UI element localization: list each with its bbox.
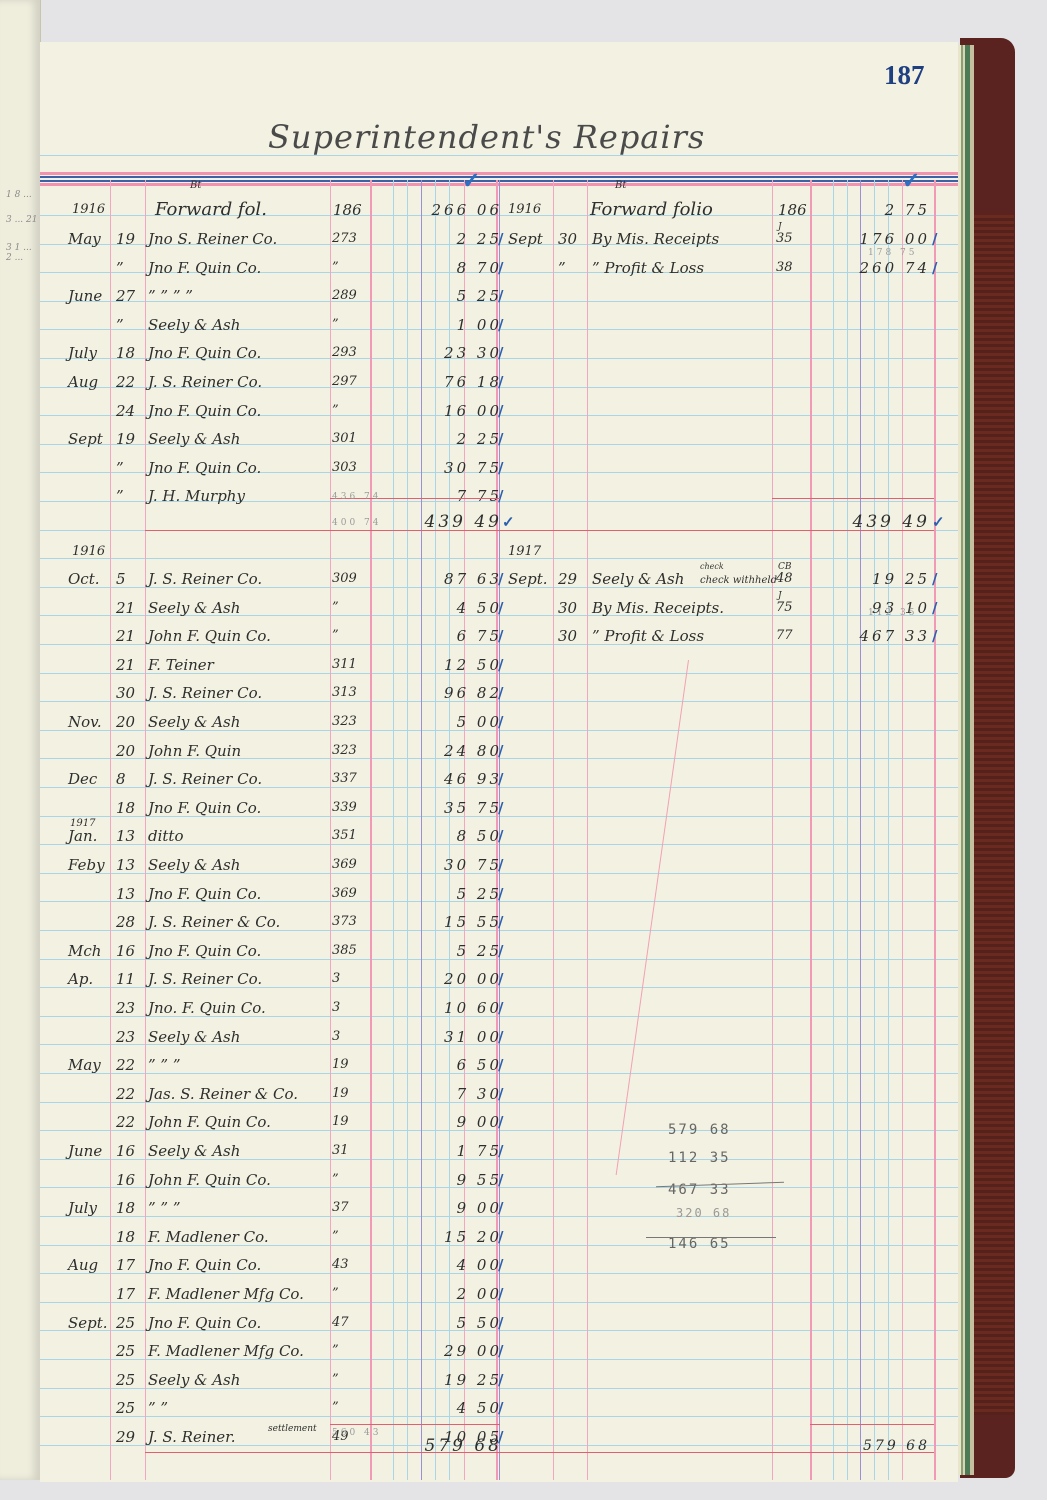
day: 18 <box>116 339 135 367</box>
payee: ” ” ” <box>148 1051 181 1079</box>
posted-tick-icon: / <box>498 851 503 879</box>
folio: 385 <box>332 937 357 965</box>
payee: J. S. Reiner & Co. <box>148 908 280 936</box>
posted-tick-icon: / <box>498 1309 503 1337</box>
posted-tick-icon: / <box>498 708 503 736</box>
folio: ” <box>332 1280 339 1308</box>
payee: Jno F. Quin Co. <box>148 794 261 822</box>
folio: 31 <box>332 1137 349 1165</box>
ledger-row: Mch16Jno F. Quin Co.3855 25/ <box>40 937 510 965</box>
ledger-row: Feby13Seely & Ash36930 75/ <box>40 851 510 879</box>
pencil-figure: 146 65 <box>668 1236 731 1252</box>
amount: 12 50 <box>410 651 502 679</box>
payee: ” ” ” ” <box>148 282 193 310</box>
ledger-row: Sept19Seely & Ash3012 25/ <box>40 425 510 453</box>
folio: ” <box>332 622 339 650</box>
payee: Seely & Ash <box>148 851 240 879</box>
day: 30 <box>558 594 577 622</box>
day: 11 <box>116 965 135 993</box>
posted-tick-icon: / <box>498 425 503 453</box>
payee: J. S. Reiner Co. <box>148 679 262 707</box>
payee: ditto <box>148 822 184 850</box>
amount: 30 75 <box>410 454 502 482</box>
payee: ” ” ” <box>148 1194 181 1222</box>
amount: 16 00 <box>410 397 502 425</box>
ledger-row: Oct.5J. S. Reiner Co.30987 63/ <box>40 565 510 593</box>
month: Sept. <box>68 1309 108 1337</box>
day: 13 <box>116 822 135 850</box>
posted-tick-icon: / <box>498 1108 503 1136</box>
payee: ” ” <box>148 1394 168 1422</box>
folio: 293 <box>332 339 357 367</box>
payee: Jno F. Quin Co. <box>148 1309 261 1337</box>
posted-tick-icon: / <box>932 225 937 253</box>
folio: 289 <box>332 282 357 310</box>
ledger-row: 22John F. Quin Co.199 00/ <box>40 1108 510 1136</box>
day: ” <box>558 254 566 282</box>
day: 5 <box>116 565 126 593</box>
ledger-row: 25Seely & Ash”19 25/ <box>40 1366 510 1394</box>
amount: 6 50 <box>410 1051 502 1079</box>
payee: F. Teiner <box>148 651 214 679</box>
ledger-row: Nov.20Seely & Ash3235 00/ <box>40 708 510 736</box>
payee: John F. Quin <box>148 737 241 765</box>
posted-tick-icon: / <box>498 737 503 765</box>
month: May <box>68 225 101 253</box>
title-rule <box>40 155 958 156</box>
total-amount: 439 49 <box>820 508 930 536</box>
month: Nov. <box>68 708 102 736</box>
posted-tick-icon: / <box>932 254 937 282</box>
pencil-figure: 579 68 <box>668 1122 731 1138</box>
total-amount: 439 49 <box>410 508 502 536</box>
pencil-figure: 112 35 <box>668 1150 731 1166</box>
amount: 6 75 <box>410 622 502 650</box>
posted-tick-icon: / <box>498 1137 503 1165</box>
ledger-row: Sept.25Jno F. Quin Co.475 50/ <box>40 1309 510 1337</box>
amount: 7 75 <box>410 482 502 510</box>
folio: 323 <box>332 737 357 765</box>
amount: 9 00 <box>410 1108 502 1136</box>
month: July <box>68 339 97 367</box>
month: June <box>68 1137 102 1165</box>
payee: F. Madlener Mfg Co. <box>148 1337 304 1365</box>
debit-total-row: 439 49 ✓ <box>40 508 500 536</box>
folio: 77 <box>776 622 793 650</box>
entry-note: check withheld <box>700 567 777 595</box>
day: 16 <box>116 937 135 965</box>
folio: 186 <box>333 196 362 224</box>
folio: 3 <box>332 965 340 993</box>
day: 18 <box>116 1194 135 1222</box>
folio: 311 <box>332 651 357 679</box>
posted-tick-icon: / <box>498 1251 503 1279</box>
posted-tick-icon: / <box>498 1023 503 1051</box>
posted-tick-icon: / <box>498 1223 503 1251</box>
month: Sept <box>508 225 543 253</box>
folio: 309 <box>332 565 357 593</box>
folio: ” <box>332 311 339 339</box>
section-end-rule <box>500 530 934 531</box>
folio: 3 <box>332 994 340 1022</box>
folio: 373 <box>332 908 357 936</box>
posted-tick-icon: / <box>498 994 503 1022</box>
description: Seely & Ash <box>592 565 684 593</box>
folio: 351 <box>332 822 357 850</box>
ledger-row: 30J. S. Reiner Co.31396 82/ <box>40 679 510 707</box>
month: Mch <box>68 937 101 965</box>
folio: 301 <box>332 425 357 453</box>
brought-forward-label: Bt <box>615 180 626 191</box>
payee: Jno. F. Quin Co. <box>148 994 266 1022</box>
ledger-row: Aug22J. S. Reiner Co.29776 18/ <box>40 368 510 396</box>
ledger-row: 30” Profit & Loss77467 33/ <box>500 622 945 650</box>
day: 22 <box>116 1108 135 1136</box>
posted-tick-icon: / <box>498 1194 503 1222</box>
day: 23 <box>116 994 135 1022</box>
ledger-row: May22” ” ”196 50/ <box>40 1051 510 1079</box>
ledger-row: June16Seely & Ash311 75/ <box>40 1137 510 1165</box>
posted-tick-icon: / <box>498 880 503 908</box>
month: Sept <box>68 425 103 453</box>
ledger-row: July18Jno F. Quin Co.29323 30/ <box>40 339 510 367</box>
day: 13 <box>116 851 135 879</box>
year: 1916 <box>508 196 541 224</box>
book-spine-texture <box>972 215 1014 1415</box>
day: 25 <box>116 1366 135 1394</box>
rule-credit-folio <box>810 180 812 1480</box>
amount: 467 33 <box>820 622 930 650</box>
payee: Jno S. Reiner Co. <box>148 225 277 253</box>
amount: 2 25 <box>410 225 502 253</box>
folio: 35 <box>776 225 793 253</box>
amount: 5 25 <box>410 880 502 908</box>
posted-tick-icon: / <box>498 794 503 822</box>
amount: 87 63 <box>410 565 502 593</box>
rule-credit-desc-folio <box>772 180 773 1480</box>
posted-tick-icon: / <box>932 594 937 622</box>
month: Sept. <box>508 565 548 593</box>
day: 24 <box>116 397 135 425</box>
month: Dec <box>68 765 97 793</box>
day: 16 <box>116 1137 135 1165</box>
pencil-note: 178 75 <box>868 248 918 258</box>
day: 21 <box>116 594 135 622</box>
amount: 15 55 <box>410 908 502 936</box>
day: 29 <box>558 565 577 593</box>
day: 28 <box>116 908 135 936</box>
payee: F. Madlener Co. <box>148 1223 269 1251</box>
ledger-row: 17F. Madlener Mfg Co.”2 00/ <box>40 1280 510 1308</box>
ledger-row: ”” Profit & Loss38260 74/ <box>500 254 945 282</box>
folio: 313 <box>332 679 357 707</box>
amount: 31 00 <box>410 1023 502 1051</box>
month: Feby <box>68 851 105 879</box>
amount: 19 25 <box>410 1366 502 1394</box>
folio: 75 <box>776 594 793 622</box>
ledger-row: 28J. S. Reiner & Co.37315 55/ <box>40 908 510 936</box>
payee: Jno F. Quin Co. <box>148 454 261 482</box>
amount: 19 25 <box>820 565 930 593</box>
day: 17 <box>116 1251 135 1279</box>
folio: 337 <box>332 765 357 793</box>
amount: 8 50 <box>410 822 502 850</box>
amount: 8 70 <box>410 254 502 282</box>
ledger-row: 21John F. Quin Co.”6 75/ <box>40 622 510 650</box>
payee: Jno F. Quin Co. <box>148 339 261 367</box>
posted-tick-icon: / <box>498 1366 503 1394</box>
folio: 369 <box>332 851 357 879</box>
ledger-row: 21Seely & Ash”4 50/ <box>40 594 510 622</box>
ledger-row: Dec8J. S. Reiner Co.33746 93/ <box>40 765 510 793</box>
ledger-row: 21F. Teiner31112 50/ <box>40 651 510 679</box>
rule-credit-amount-dollars <box>860 180 861 1480</box>
ledger-row: 18Jno F. Quin Co.33935 75/ <box>40 794 510 822</box>
amount: 2 00 <box>410 1280 502 1308</box>
amount: 7 30 <box>410 1080 502 1108</box>
posted-tick-icon: / <box>498 1166 503 1194</box>
day: 22 <box>116 1051 135 1079</box>
day: 20 <box>116 737 135 765</box>
pencil-note: 112 35 <box>868 608 918 618</box>
day: 23 <box>116 1023 135 1051</box>
posted-tick-icon: / <box>498 282 503 310</box>
page-title: Superintendent's Repairs <box>268 118 705 156</box>
pencil-calc-rule <box>646 1237 776 1238</box>
payee: J. S. Reiner Co. <box>148 965 262 993</box>
day: 13 <box>116 880 135 908</box>
payee: Seely & Ash <box>148 1366 240 1394</box>
ledger-row: ”Seely & Ash”1 00/ <box>40 311 510 339</box>
left-page-edge: 1 8 ... 3 ... 21 3 1 ... 2 ... <box>0 0 41 1480</box>
day: ” <box>116 454 124 482</box>
day: 18 <box>116 1223 135 1251</box>
posted-tick-icon: / <box>498 1051 503 1079</box>
amount: 5 50 <box>410 1309 502 1337</box>
amount: 9 00 <box>410 1194 502 1222</box>
ledger-row: Sept.29Seely & Ashcheck withheldCB4819 2… <box>500 565 945 593</box>
folio: 19 <box>332 1051 349 1079</box>
ledger-row: 13Jno F. Quin Co.3695 25/ <box>40 880 510 908</box>
left-page-note: 3 ... 21 <box>6 215 37 225</box>
payee: Seely & Ash <box>148 708 240 736</box>
folio: ” <box>332 594 339 622</box>
posted-tick-icon: / <box>498 339 503 367</box>
amount: 4 50 <box>410 594 502 622</box>
brought-forward-label: Bt <box>190 180 201 191</box>
day: 25 <box>116 1309 135 1337</box>
posted-tick-icon: / <box>498 765 503 793</box>
total-rule <box>772 498 934 499</box>
posted-tick-icon: / <box>498 1280 503 1308</box>
ledger-row: ”Jno F. Quin Co.”8 70/ <box>40 254 510 282</box>
posted-tick-icon: / <box>498 679 503 707</box>
amount: 1 75 <box>410 1137 502 1165</box>
payee: Seely & Ash <box>148 1023 240 1051</box>
payee: Jno F. Quin Co. <box>148 880 261 908</box>
day: 22 <box>116 368 135 396</box>
rule-credit-amount-sub <box>888 180 889 1480</box>
left-page-note: 3 1 ... 2 ... <box>6 243 40 263</box>
payee: J. S. Reiner Co. <box>148 765 262 793</box>
description: Forward folio <box>590 196 713 224</box>
amount: 2 75 <box>820 196 930 224</box>
year: 1917 <box>508 538 541 566</box>
folio: 297 <box>332 368 357 396</box>
description: ” Profit & Loss <box>592 622 704 650</box>
posted-tick-icon: / <box>498 651 503 679</box>
check-mark-icon: ✓ <box>902 168 920 194</box>
amount: 1 00 <box>410 311 502 339</box>
total-amount: 579 68 <box>820 1432 930 1460</box>
month: Oct. <box>68 565 100 593</box>
ledger-row: 23Seely & Ash331 00/ <box>40 1023 510 1051</box>
payee: Seely & Ash <box>148 311 240 339</box>
debit-year-row: 1916 <box>40 538 160 566</box>
posted-tick-icon: / <box>498 937 503 965</box>
year: 1916 <box>72 196 105 224</box>
amount: 20 00 <box>410 965 502 993</box>
ledger-row: 23Jno. F. Quin Co.310 60/ <box>40 994 510 1022</box>
description: By Mis. Receipts <box>592 225 719 253</box>
posted-tick-icon: / <box>498 908 503 936</box>
amount: 23 30 <box>410 339 502 367</box>
day: 18 <box>116 794 135 822</box>
month: July <box>68 1194 97 1222</box>
pencil-note: 400 74 <box>332 518 382 528</box>
amount: 10 60 <box>410 994 502 1022</box>
rule-right-margin <box>934 180 936 1480</box>
ledger-row: 16John F. Quin Co.”9 55/ <box>40 1166 510 1194</box>
amount: 29 00 <box>410 1337 502 1365</box>
description: ” Profit & Loss <box>592 254 704 282</box>
amount: 5 00 <box>410 708 502 736</box>
section-end-rule <box>145 530 500 531</box>
ledger-row: Aug17Jno F. Quin Co.434 00/ <box>40 1251 510 1279</box>
pencil-note: 436 74 <box>332 492 382 502</box>
rule-credit-amount-sub <box>833 180 834 1480</box>
folio: 43 <box>332 1251 349 1279</box>
day: 30 <box>558 622 577 650</box>
rule-credit-amount-cents <box>902 180 903 1480</box>
page-edges <box>958 45 974 1475</box>
ledger-row: May19Jno S. Reiner Co.2732 25/ <box>40 225 510 253</box>
credit-total-row: 439 49 ✓ <box>500 508 940 536</box>
day: ” <box>116 254 124 282</box>
ledger-row: 18F. Madlener Co.”15 20/ <box>40 1223 510 1251</box>
folio: 323 <box>332 708 357 736</box>
folio: 19 <box>332 1080 349 1108</box>
posted-tick-icon: / <box>498 822 503 850</box>
amount: 4 00 <box>410 1251 502 1279</box>
month: May <box>68 1051 101 1079</box>
posted-tick-icon: / <box>498 1337 503 1365</box>
amount: 46 93 <box>410 765 502 793</box>
ledger-row: ”Jno F. Quin Co.30330 75/ <box>40 454 510 482</box>
posted-tick-icon: / <box>498 311 503 339</box>
payee: Jno F. Quin Co. <box>148 397 261 425</box>
description: By Mis. Receipts. <box>592 594 724 622</box>
ledger-row: 20John F. Quin32324 80/ <box>40 737 510 765</box>
ledger-row: Jan.13ditto19173518 50/ <box>40 822 510 850</box>
day: 30 <box>116 679 135 707</box>
day: 8 <box>116 765 126 793</box>
ledger-row: ”J. H. Murphy7 75/ <box>40 482 510 510</box>
payee: J. H. Murphy <box>148 482 245 510</box>
debit-forward-row: 1916 Forward fol. 186 266 06 <box>40 196 500 224</box>
day: 21 <box>116 651 135 679</box>
posted-tick-icon: / <box>498 397 503 425</box>
check-mark-icon: ✓ <box>932 508 945 536</box>
payee: Jas. S. Reiner & Co. <box>148 1080 298 1108</box>
ledger-row: 25F. Madlener Mfg Co.”29 00/ <box>40 1337 510 1365</box>
posted-tick-icon: / <box>932 622 937 650</box>
amount: 9 55 <box>410 1166 502 1194</box>
posted-tick-icon: / <box>498 454 503 482</box>
year: 1916 <box>72 538 105 566</box>
rule-credit-day-desc <box>587 180 588 1480</box>
ledger-row: June27” ” ” ”2895 25/ <box>40 282 510 310</box>
amount: 5 25 <box>410 937 502 965</box>
posted-tick-icon: / <box>498 482 503 510</box>
posted-tick-icon: / <box>932 565 937 593</box>
folio: 38 <box>776 254 793 282</box>
payee: John F. Quin Co. <box>148 1166 271 1194</box>
ledger-row: 22Jas. S. Reiner & Co.197 30/ <box>40 1080 510 1108</box>
amount: 15 20 <box>410 1223 502 1251</box>
amount: 2 25 <box>410 425 502 453</box>
day: 20 <box>116 708 135 736</box>
payee: F. Madlener Mfg Co. <box>148 1280 304 1308</box>
payee: Jno F. Quin Co. <box>148 937 261 965</box>
amount: 266 06 <box>410 196 502 224</box>
rule-credit-amount-sub <box>874 180 875 1480</box>
folio: 37 <box>332 1194 349 1222</box>
folio: 273 <box>332 225 357 253</box>
day: 25 <box>116 1337 135 1365</box>
payee: John F. Quin Co. <box>148 622 271 650</box>
day: ” <box>116 482 124 510</box>
description: Forward fol. <box>155 196 267 224</box>
day: 25 <box>116 1394 135 1422</box>
ledger-row: 24Jno F. Quin Co.”16 00/ <box>40 397 510 425</box>
folio: ” <box>332 1337 339 1365</box>
day: 30 <box>558 225 577 253</box>
day: 21 <box>116 622 135 650</box>
payee: Jno F. Quin Co. <box>148 1251 261 1279</box>
total-rule <box>810 1424 934 1425</box>
folio: ” <box>332 397 339 425</box>
amount: 35 75 <box>410 794 502 822</box>
folio: ” <box>332 1366 339 1394</box>
debit-total-row: 579 68 <box>40 1432 500 1460</box>
amount: 24 80 <box>410 737 502 765</box>
folio: 47 <box>332 1309 349 1337</box>
year-note: 1917 <box>70 810 95 838</box>
payee: Jno F. Quin Co. <box>148 254 261 282</box>
payee: Seely & Ash <box>148 1137 240 1165</box>
posted-tick-icon: / <box>498 1080 503 1108</box>
amount: 30 75 <box>410 851 502 879</box>
day: 22 <box>116 1080 135 1108</box>
month: Ap. <box>68 965 93 993</box>
folio: ” <box>332 1394 339 1422</box>
payee: John F. Quin Co. <box>148 1108 271 1136</box>
folio: 303 <box>332 454 357 482</box>
rule-credit-date <box>553 180 554 1480</box>
day: 19 <box>116 225 135 253</box>
pencil-figure: 320 68 <box>676 1206 731 1220</box>
